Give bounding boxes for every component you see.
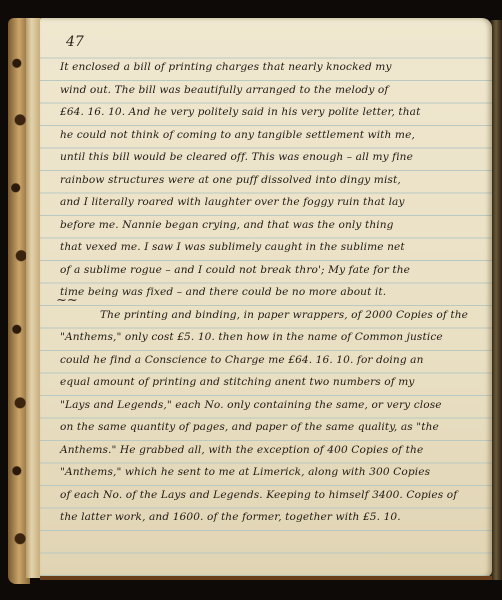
text-line: on the same quantity of pages, and paper…	[60, 416, 480, 439]
text-line: "Lays and Legends," each No. only contai…	[60, 394, 480, 417]
text-line: The printing and binding, in paper wrapp…	[60, 304, 480, 327]
text-line: "Anthems," which he sent to me at Limeri…	[60, 461, 480, 484]
text-line: equal amount of printing and stitching a…	[60, 371, 480, 394]
text-line: before me. Nannie began crying, and that…	[60, 214, 480, 237]
text-line: could he find a Conscience to Charge me …	[60, 349, 480, 372]
text-line: he could not think of coming to any tang…	[60, 124, 480, 147]
handwritten-text: It enclosed a bill of printing charges t…	[60, 56, 480, 529]
text-line: "Anthems," only cost £5. 10. then how in…	[60, 326, 480, 349]
text-line: £64. 16. 10. And he very politely said i…	[60, 101, 480, 124]
page-edge-strip	[26, 18, 41, 578]
manuscript-page: 47 ~~ It enclosed a bill of printing cha…	[40, 18, 492, 578]
text-line: of a sublime rogue – and I could not bre…	[60, 259, 480, 282]
text-line: the latter work, and 1600. of the former…	[60, 506, 480, 529]
text-line: wind out. The bill was beautifully arran…	[60, 79, 480, 102]
text-line: time being was fixed – and there could b…	[60, 281, 480, 304]
page-number: 47	[66, 34, 84, 50]
text-line: until this bill would be cleared off. Th…	[60, 146, 480, 169]
text-line: rainbow structures were at one puff diss…	[60, 169, 480, 192]
text-line: of each No. of the Lays and Legends. Kee…	[60, 484, 480, 507]
text-line: and I literally roared with laughter ove…	[60, 191, 480, 214]
text-line: It enclosed a bill of printing charges t…	[60, 56, 480, 79]
text-line: that vexed me. I saw I was sublimely cau…	[60, 236, 480, 259]
page-bottom-edge	[40, 576, 492, 580]
text-line: Anthems." He grabbed all, with the excep…	[60, 439, 480, 462]
